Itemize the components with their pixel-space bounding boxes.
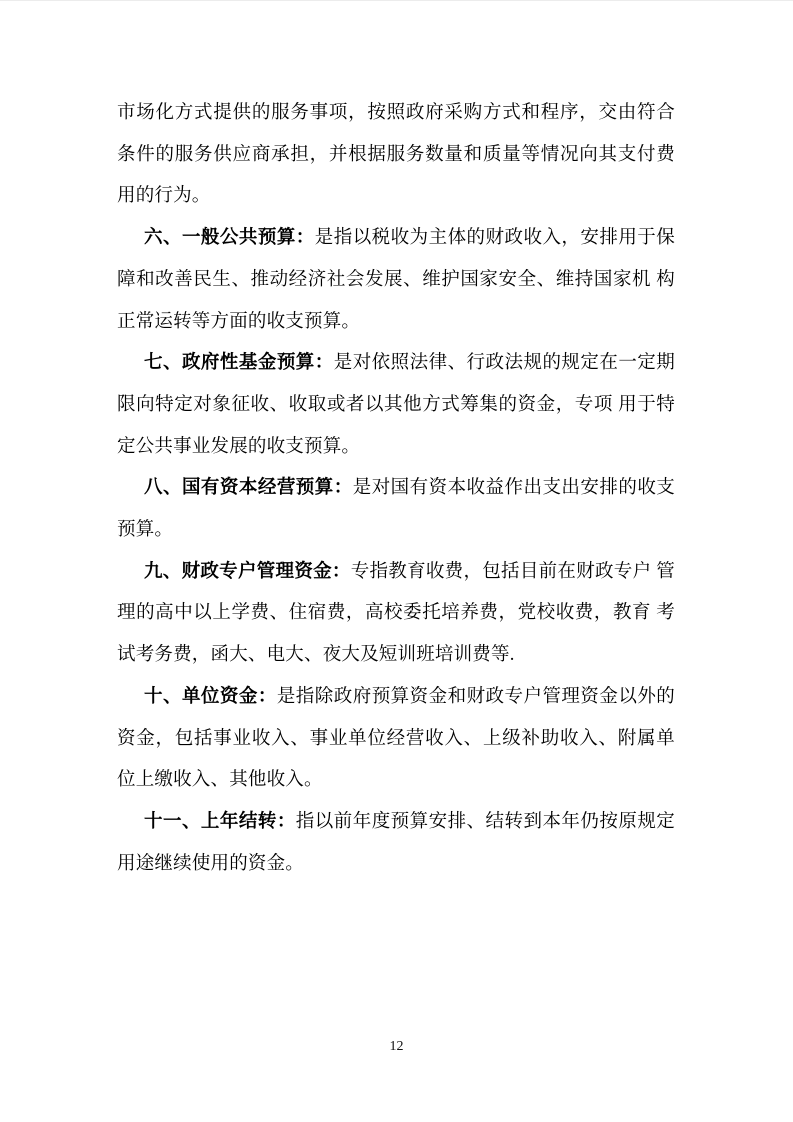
page-number: 12 xyxy=(390,1039,404,1054)
document-page: 市场化方式提供的服务事项，按照政府采购方式和程序，交由符合条件的服务供应商承担，… xyxy=(0,0,793,1122)
paragraph-lead: 十一、上年结转： xyxy=(144,812,296,832)
paragraph-government-purchase-services: 市场化方式提供的服务事项，按照政府采购方式和程序，交由符合条件的服务供应商承担，… xyxy=(117,93,675,218)
paragraph-state-capital-operation-budget: 八、国有资本经营预算：是对国有资本收益作出支出安排的收支预算。 xyxy=(117,468,675,551)
paragraph-lead: 十、单位资金： xyxy=(144,687,277,707)
paragraph-lead: 七、政府性基金预算： xyxy=(144,353,334,373)
paragraph-governmental-fund-budget: 七、政府性基金预算：是对依照法律、行政法规的规定在一定期限向特定对象征收、收取或… xyxy=(117,343,675,468)
page-footer: 12 xyxy=(0,1037,793,1057)
paragraph-lead: 六、一般公共预算： xyxy=(144,228,315,248)
paragraph-lead: 九、财政专户管理资金： xyxy=(144,562,351,582)
paragraph-lead: 八、国有资本经营预算： xyxy=(144,478,353,498)
page-content: 市场化方式提供的服务事项，按照政府采购方式和程序，交由符合条件的服务供应商承担，… xyxy=(117,93,675,885)
paragraph-fiscal-special-account-funds: 九、财政专户管理资金：专指教育收费，包括目前在财政专户 管理的高中以上学费、住宿… xyxy=(117,552,675,677)
paragraph-text: 市场化方式提供的服务事项，按照政府采购方式和程序，交由符合条件的服务供应商承担，… xyxy=(117,103,675,206)
paragraph-general-public-budget: 六、一般公共预算：是指以税收为主体的财政收入，安排用于保障和改善民生、推动经济社… xyxy=(117,218,675,343)
paragraph-prior-year-carryover: 十一、上年结转：指以前年度预算安排、结转到本年仍按原规定用途继续使用的资金。 xyxy=(117,802,675,885)
paragraph-unit-funds: 十、单位资金：是指除政府预算资金和财政专户管理资金以外的资金，包括事业收入、事业… xyxy=(117,677,675,802)
